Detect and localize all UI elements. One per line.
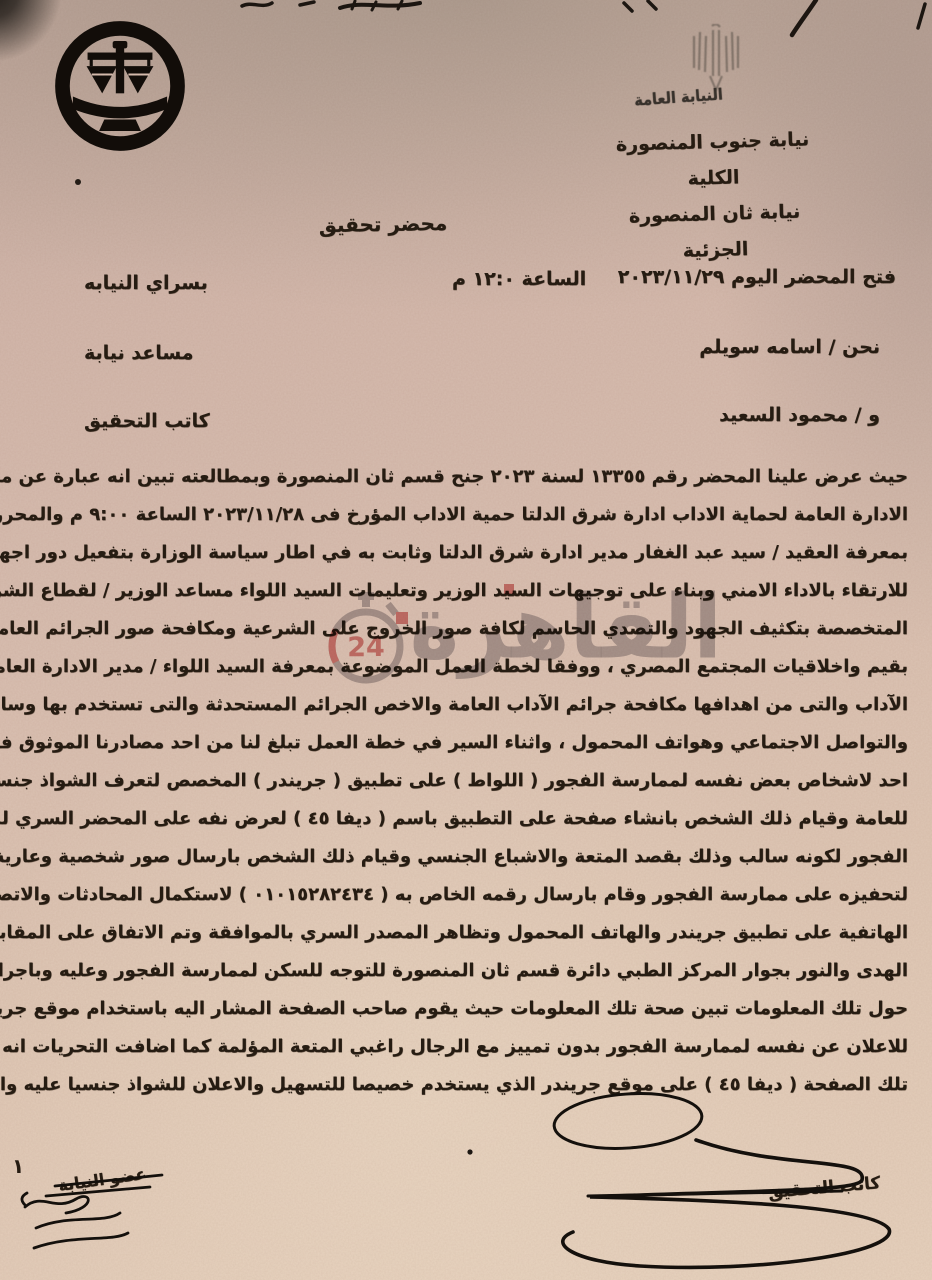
record-open-date-line: فتح المحضر اليوم ٢٠٢٣/١١/٢٩ <box>618 266 896 288</box>
record-location: بسراي النيابه <box>84 272 208 294</box>
body-line: المتخصصة بتكثيف الجهود والتصدي الحاسم لك… <box>22 610 908 648</box>
office-name-line2: نيابة ثان المنصورة الجزئية <box>594 193 836 272</box>
body-line: الفجور لكونه سالب وذلك بقصد المتعة والاش… <box>22 838 908 876</box>
body-line: للعامة وقيام ذلك الشخص بانشاء صفحة على ا… <box>22 800 908 838</box>
clerk-name-line: و / محمود السعيد <box>719 404 880 426</box>
body-line: والتواصل الاجتماعي وهواتف المحمول ، واثن… <box>22 724 908 762</box>
clerk-signature-stroke <box>563 1140 890 1267</box>
body-line: بمعرفة العقيد / سيد عبد الغفار مدير ادار… <box>22 534 908 572</box>
body-line: حول تلك المعلومات تبين صحة تلك المعلومات… <box>22 990 908 1028</box>
body-line: حيث عرض علينا المحضر رقم ١٣٣٥٥ لسنة ٢٠٢٣… <box>22 458 908 496</box>
body-line: الآداب والتى من اهدافها مكافحة جرائم الآ… <box>22 686 908 724</box>
body-line: للارتقاء بالاداء الامني وبناء على توجيها… <box>22 572 908 610</box>
justice-scales-logo <box>52 18 188 154</box>
clerk-title: كاتب التحقيق <box>84 410 210 432</box>
body-line: الهدى والنور بجوار المركز الطبي دائرة قس… <box>22 952 908 990</box>
public-prosecution-stamp: النيابة العامة <box>644 87 723 110</box>
body-line: احد لاشخاص بعض نفسه لممارسة الفجور ( الل… <box>22 762 908 800</box>
eagle-emblem-icon <box>684 24 748 96</box>
body-line: لتحفيزه على ممارسة الفجور وقام بارسال رق… <box>22 876 908 914</box>
body-line: بقيم واخلاقيات المجتمع المصري ، ووفقا لخ… <box>22 648 908 686</box>
body-line: تلك الصفحة ( ديفا ٤٥ ) على موقع جريندر ا… <box>22 1066 908 1104</box>
prosecution-office-header: نيابة جنوب المنصورة الكلية نيابة ثان الم… <box>592 121 836 272</box>
clerk-signature-label: كاتب التحقيق <box>767 1173 881 1203</box>
office-name-line1: نيابة جنوب المنصورة الكلية <box>592 121 834 200</box>
record-body-text: حيث عرض علينا المحضر رقم ١٣٣٥٥ لسنة ٢٠٢٣… <box>22 458 908 1104</box>
ink-dot <box>75 179 81 185</box>
document-title: محضر تحقيق <box>288 210 478 237</box>
record-open-time: الساعة ١٢:٠ م <box>452 268 586 290</box>
investigator-name-line: نحن / اسامه سويلم <box>699 336 880 358</box>
scanned-investigation-record: النيابة العامة نيابة جنوب المنصورة الكلي… <box>0 0 932 1280</box>
body-line: للاعلان عن نفسه لممارسة الفجور بدون تميي… <box>22 1028 908 1066</box>
body-line: الادارة العامة لحماية الاداب ادارة شرق ا… <box>22 496 908 534</box>
investigator-title: مساعد نيابة <box>84 342 193 364</box>
body-line: الهاتفية على تطبيق جريندر والهاتف المحمو… <box>22 914 908 952</box>
scales-of-justice-icon <box>52 18 188 154</box>
page-number: ١ <box>12 1154 24 1178</box>
prosecutor-signature-label: عضو النيابة <box>57 1164 147 1195</box>
